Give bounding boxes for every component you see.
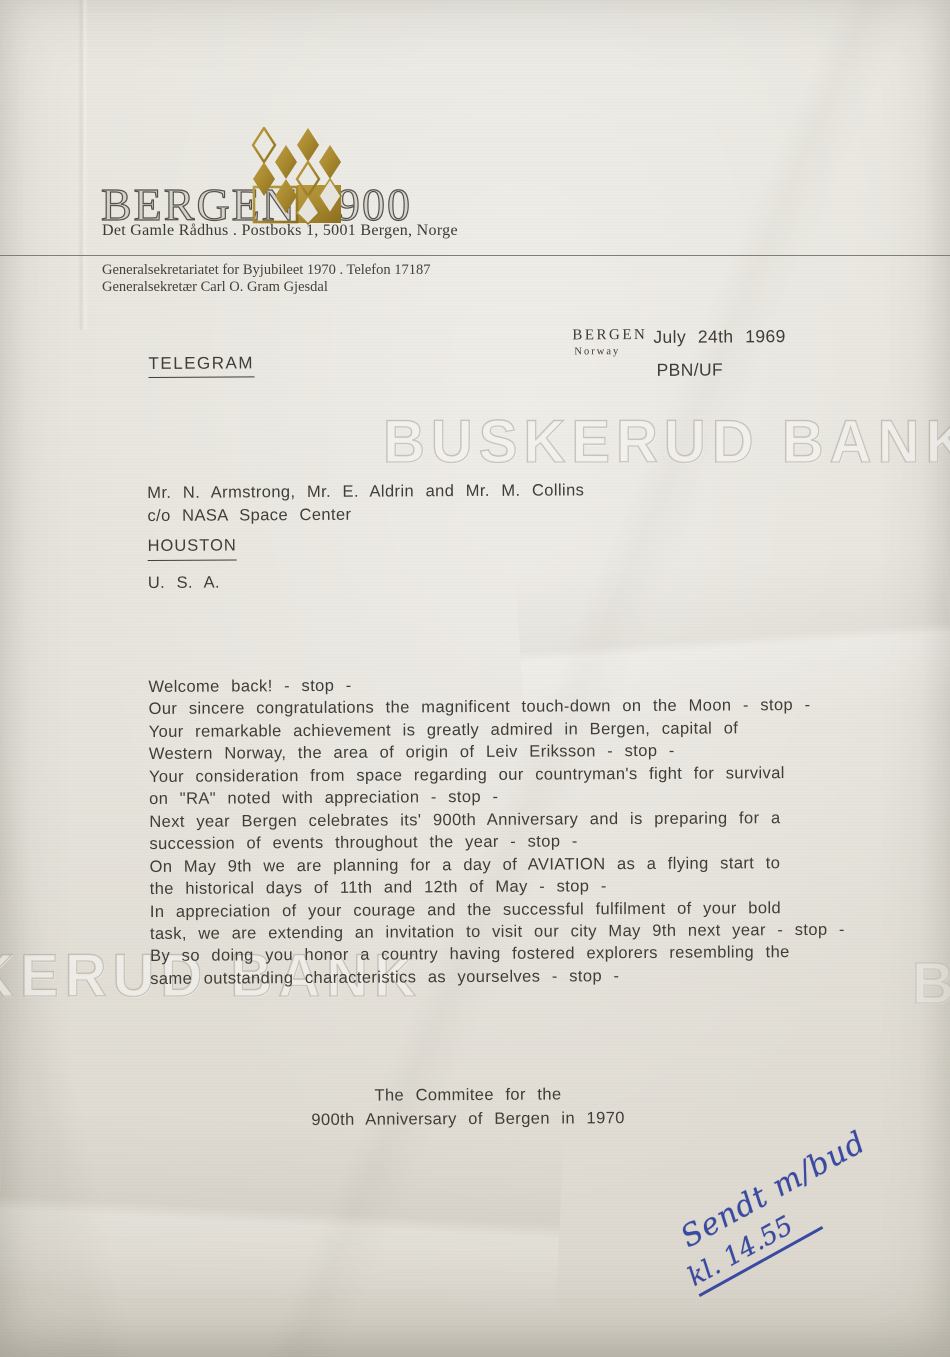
document-type-label: TELEGRAM (148, 353, 254, 378)
telegram-body: Welcome back! - stop - Our sincere congr… (148, 671, 890, 990)
reference-code: PBN/UF (656, 359, 723, 380)
signature-line2: 900th Anniversary of Bergen in 1970 (298, 1107, 638, 1133)
recipient-country: U. S. A. (148, 569, 585, 594)
body-line: Next year Bergen celebrates its' 900th A… (149, 806, 889, 833)
recipient-block: Mr. N. Armstrong, Mr. E. Aldrin and Mr. … (147, 479, 585, 594)
signature-line1: The Commitee for the (298, 1083, 638, 1109)
body-line: By so doing you honor a country having f… (150, 941, 890, 968)
dateline-country: Norway (574, 346, 620, 357)
dateline-date: July 24th 1969 (653, 326, 786, 348)
body-line: same outstanding characteristics as your… (150, 963, 890, 990)
signature-block: The Commitee for the 900th Anniversary o… (298, 1083, 638, 1132)
recipient-names: Mr. N. Armstrong, Mr. E. Aldrin and Mr. … (147, 479, 584, 504)
recipient-city: HOUSTON (148, 534, 237, 560)
recipient-org: c/o NASA Space Center (147, 502, 584, 527)
body-line: On May 9th we are planning for a day of … (149, 851, 889, 878)
dateline-place: BERGEN (572, 327, 647, 344)
body-line: Our sincere congratulations the magnific… (149, 694, 889, 721)
